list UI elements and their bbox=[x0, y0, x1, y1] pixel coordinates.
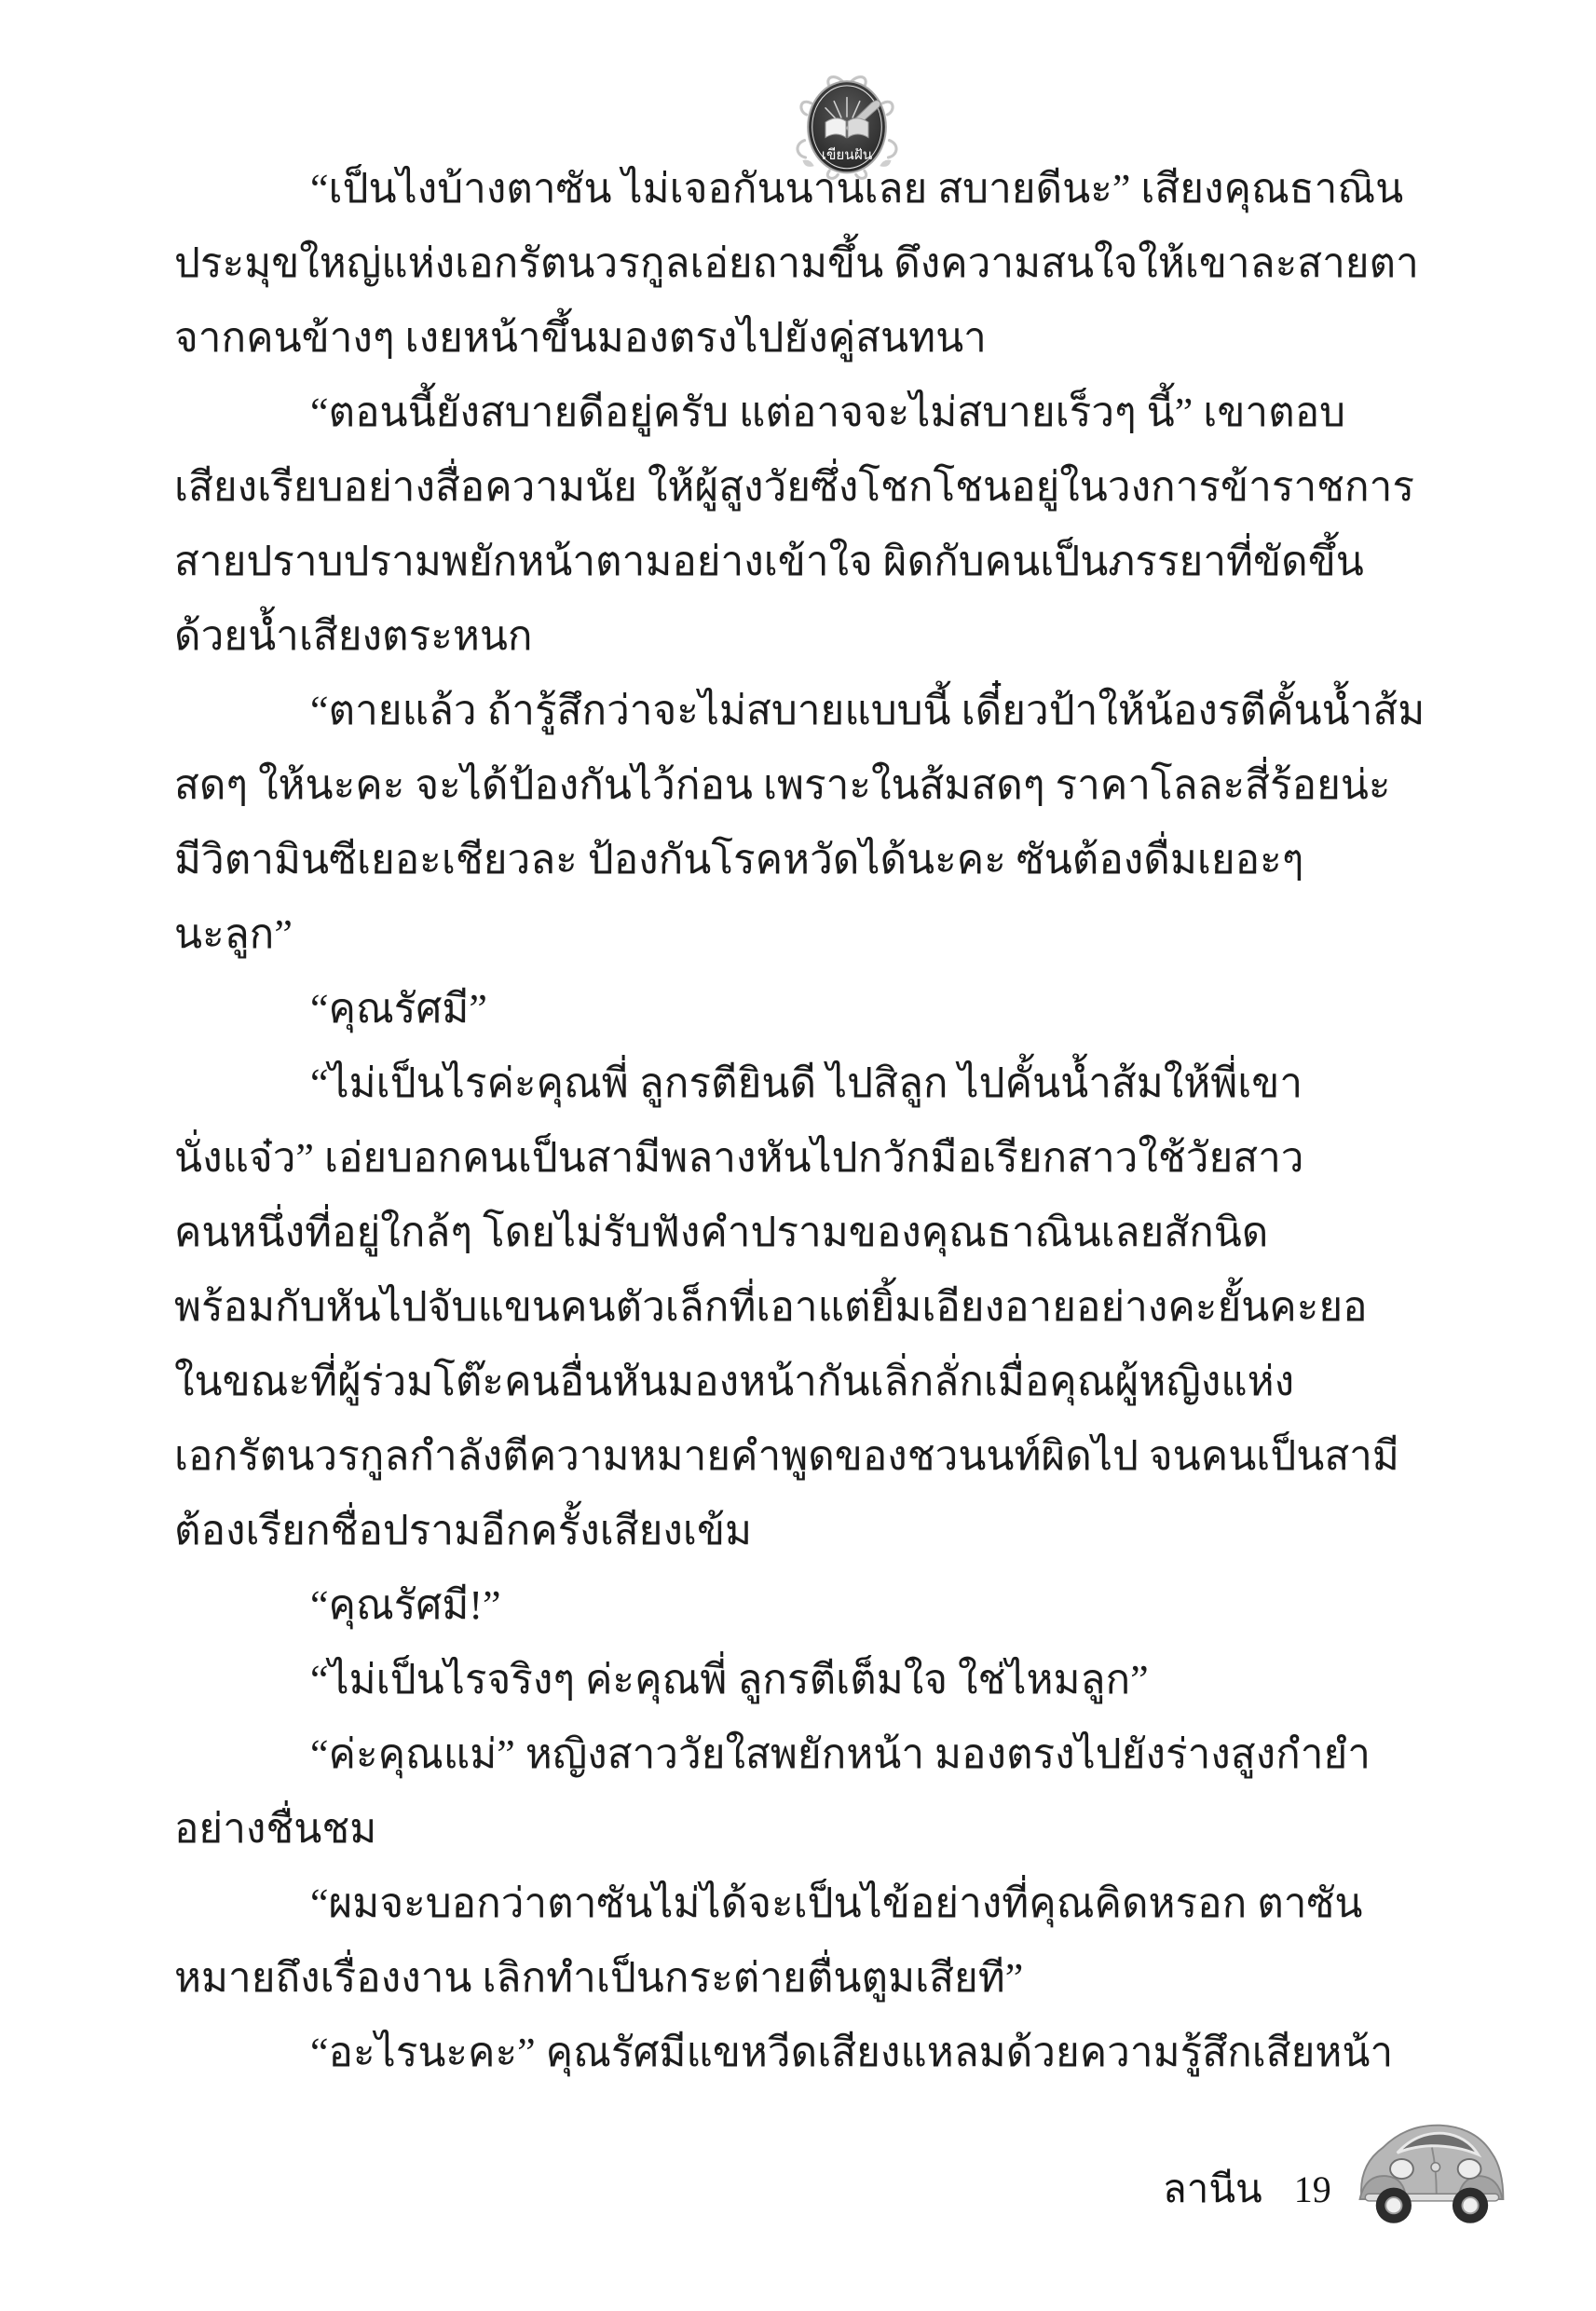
text-line: “คุณรัศมี!” bbox=[174, 1568, 1428, 1643]
page-footer: ลานีน 19 bbox=[0, 2132, 1596, 2263]
text-line: ต้องเรียกชื่อปรามอีกครั้งเสียงเข้ม bbox=[174, 1494, 1428, 1568]
text-line: “อะไรนะคะ” คุณรัศมีแขหวีดเสียงแหลมด้วยคว… bbox=[174, 2016, 1428, 2090]
text-line: หมายถึงเรื่องงาน เลิกทำเป็นกระต่ายตื่นตู… bbox=[174, 1941, 1428, 2016]
text-line: “ไม่เป็นไรค่ะคุณพี่ ลูกรตียินดี ไปสิลูก … bbox=[174, 1046, 1428, 1121]
text-line: “เป็นไงบ้างตาซัน ไม่เจอกันนานเลย สบายดีน… bbox=[174, 152, 1428, 226]
text-line: สายปราบปรามพยักหน้าตามอย่างเข้าใจ ผิดกับ… bbox=[174, 525, 1428, 599]
text-line: ในขณะที่ผู้ร่วมโต๊ะคนอื่นหันมองหน้ากันเล… bbox=[174, 1345, 1428, 1419]
text-line: “ไม่เป็นไรจริงๆ ค่ะคุณพี่ ลูกรตีเต็มใจ ใ… bbox=[174, 1643, 1428, 1717]
footer-text: ลานีน 19 bbox=[1163, 2158, 1331, 2220]
text-line: ประมุขใหญ่แห่งเอกรัตนวรกูลเอ่ยถามขึ้น ดึ… bbox=[174, 226, 1428, 301]
text-line: “คุณรัศมี” bbox=[174, 972, 1428, 1046]
text-line: “ผมจะบอกว่าตาซันไม่ได้จะเป็นไข้อย่างที่ค… bbox=[174, 1867, 1428, 1941]
text-line: “ตอนนี้ยังสบายดีอยู่ครับ แต่อาจจะไม่สบาย… bbox=[174, 376, 1428, 450]
book-title: ลานีน bbox=[1163, 2158, 1262, 2220]
book-page: เขียนฝัน “เป็นไงบ้างตาซัน ไม่เจอกันนานเล… bbox=[0, 0, 1596, 2311]
beetle-car-image bbox=[1351, 2112, 1511, 2227]
text-line: “ตายแล้ว ถ้ารู้สึกว่าจะไม่สบายแบบนี้ เดี… bbox=[174, 674, 1428, 748]
text-line: มีวิตามินซีเยอะเชียวละ ป้องกันโรคหวัดได้… bbox=[174, 823, 1428, 897]
text-line: “ค่ะคุณแม่” หญิงสาววัยใสพยักหน้า มองตรงไ… bbox=[174, 1717, 1428, 1792]
text-line: คนหนึ่งที่อยู่ใกล้ๆ โดยไม่รับฟังคำปรามขอ… bbox=[174, 1196, 1428, 1270]
text-line: เอกรัตนวรกูลกำลังตีความหมายคำพูดของชวนนท… bbox=[174, 1419, 1428, 1494]
page-number: 19 bbox=[1294, 2167, 1331, 2211]
text-line: อย่างชื่นชม bbox=[174, 1792, 1428, 1867]
text-line: เสียงเรียบอย่างสื่อความนัย ให้ผู้สูงวัยซ… bbox=[174, 450, 1428, 525]
text-line: พร้อมกับหันไปจับแขนคนตัวเล็กที่เอาแต่ยิ้… bbox=[174, 1270, 1428, 1345]
text-line: สดๆ ให้นะคะ จะได้ป้องกันไว้ก่อน เพราะในส… bbox=[174, 748, 1428, 823]
text-line: จากคนข้างๆ เงยหน้าขึ้นมองตรงไปยังคู่สนทน… bbox=[174, 301, 1428, 376]
body-text: “เป็นไงบ้างตาซัน ไม่เจอกันนานเลย สบายดีน… bbox=[174, 152, 1428, 2090]
text-line: ด้วยน้ำเสียงตระหนก bbox=[174, 599, 1428, 674]
text-line: นะลูก” bbox=[174, 897, 1428, 972]
text-line: นั่งแจ๋ว” เอ่ยบอกคนเป็นสามีพลางหันไปกวัก… bbox=[174, 1121, 1428, 1196]
